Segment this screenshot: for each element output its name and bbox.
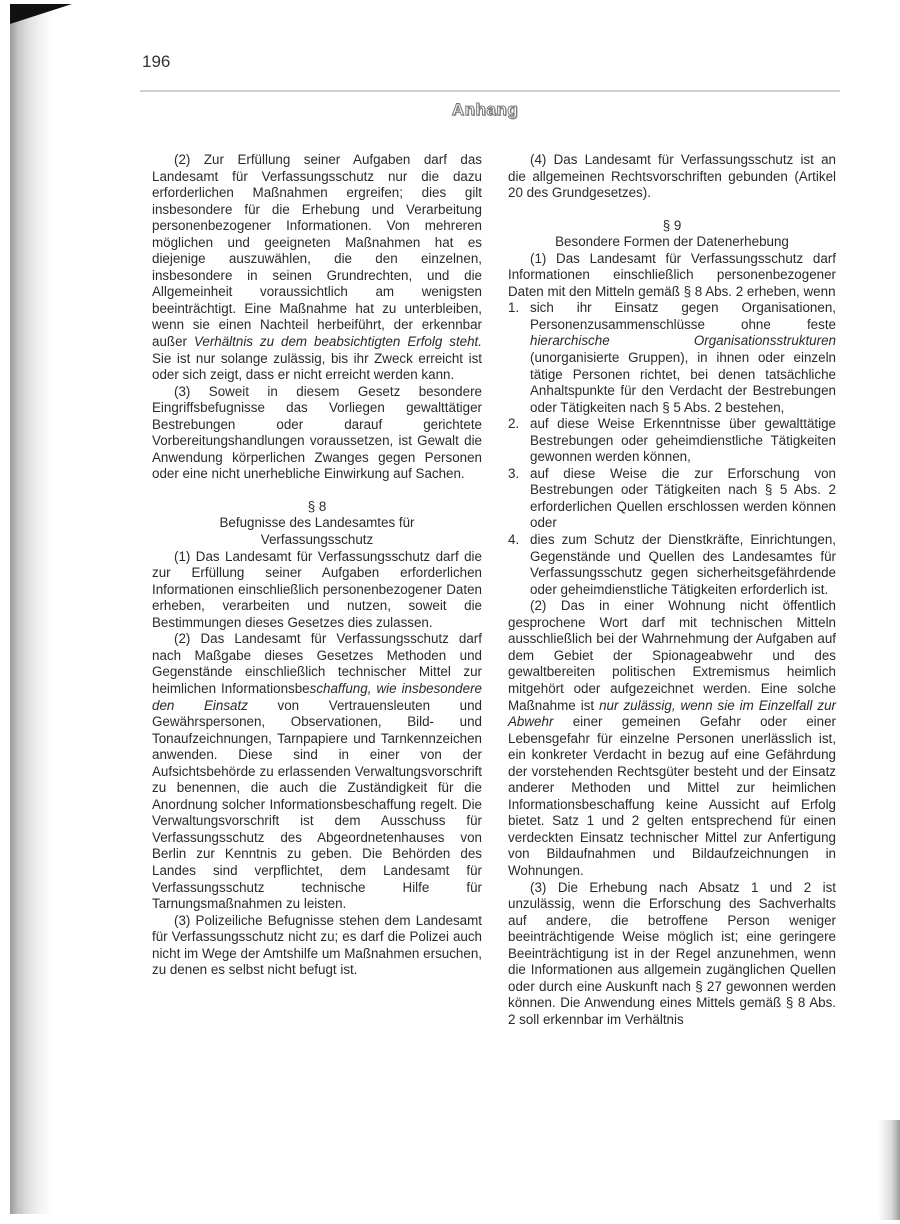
list-number: 2. xyxy=(508,416,519,433)
paragraph-text: einer gemeinen Gefahr oder einer Lebensg… xyxy=(508,714,836,878)
paragraph-7-3: (3) Soweit in diesem Gesetz besondere Ei… xyxy=(152,384,482,483)
section-8-symbol: § 8 xyxy=(152,499,482,516)
list-number: 4. xyxy=(508,532,519,549)
paragraph-9-2: (2) Das in einer Wohnung nicht öffentlic… xyxy=(508,598,836,879)
spacer xyxy=(152,483,482,499)
list-number: 1. xyxy=(508,300,519,317)
paragraph-7-4: (4) Das Landesamt für Verfassungsschutz … xyxy=(508,152,836,202)
paragraph-text: von Vertrauensleuten und Gewährspersonen… xyxy=(152,698,482,912)
list-italic-text: hierarchische Organisationsstrukturen xyxy=(530,333,836,348)
spacer xyxy=(508,202,836,218)
paragraph-8-3: (3) Polizeiliche Befugnisse stehen dem L… xyxy=(152,913,482,979)
section-9-symbol: § 9 xyxy=(508,218,836,235)
scan-corner-shadow xyxy=(10,4,72,24)
list-item: 3.auf diese Weise die zur Erforschung vo… xyxy=(508,466,836,532)
paragraph-text: Sie ist nur solange zulässig, bis ihr Zw… xyxy=(152,351,482,383)
section-9-title: Besondere Formen der Datenerhebung xyxy=(508,234,836,251)
list-item: 4.dies zum Schutz der Dienstkräfte, Einr… xyxy=(508,532,836,598)
paragraph-8-1: (1) Das Landesamt für Verfassungsschutz … xyxy=(152,549,482,632)
paragraph-text: (2) Das in einer Wohnung nicht öffentlic… xyxy=(508,598,836,712)
list-text: auf diese Weise die zur Erforschung von … xyxy=(530,466,836,531)
section-heading: Anhang xyxy=(0,100,900,120)
list-text: (unorganisierte Gruppen), in ihnen oder … xyxy=(530,350,836,415)
list-text: dies zum Schutz der Dienstkräfte, Einric… xyxy=(530,532,836,597)
list-number: 3. xyxy=(508,466,519,483)
paragraph-9-3: (3) Die Erhebung nach Absatz 1 und 2 ist… xyxy=(508,880,836,1029)
page-number: 196 xyxy=(142,52,170,72)
section-8-title-line2: Verfassungsschutz xyxy=(152,532,482,549)
scan-binding-shadow xyxy=(10,4,54,1214)
list-item: 1.sich ihr Einsatz gegen Organisationen,… xyxy=(508,300,836,416)
list-item: 2.auf diese Weise Erkenntnisse über gewa… xyxy=(508,416,836,466)
paragraph-9-1: (1) Das Landesamt für Verfassungsschutz … xyxy=(508,251,836,301)
list-text: sich ihr Einsatz gegen Organisationen, P… xyxy=(530,300,836,332)
left-column: (2) Zur Erfüllung seiner Aufgaben darf d… xyxy=(152,152,482,979)
header-rule xyxy=(140,90,840,92)
scan-page-edge-shadow xyxy=(878,1120,900,1220)
paragraph-7-2: (2) Zur Erfüllung seiner Aufgaben darf d… xyxy=(152,152,482,384)
paragraph-text: (2) Zur Erfüllung seiner Aufgaben darf d… xyxy=(152,152,482,349)
paragraph-8-2: (2) Das Landesamt für Verfassungsschutz … xyxy=(152,631,482,912)
list-text: auf diese Weise Erkenntnisse über gewalt… xyxy=(530,416,836,464)
section-8-title-line1: Befugnisse des Landesamtes für xyxy=(152,515,482,532)
condition-list: 1.sich ihr Einsatz gegen Organisationen,… xyxy=(508,300,836,598)
right-column: (4) Das Landesamt für Verfassungsschutz … xyxy=(508,152,836,1028)
paragraph-italic-text: Verhältnis zu dem beabsichtigten Erfolg … xyxy=(194,334,482,349)
